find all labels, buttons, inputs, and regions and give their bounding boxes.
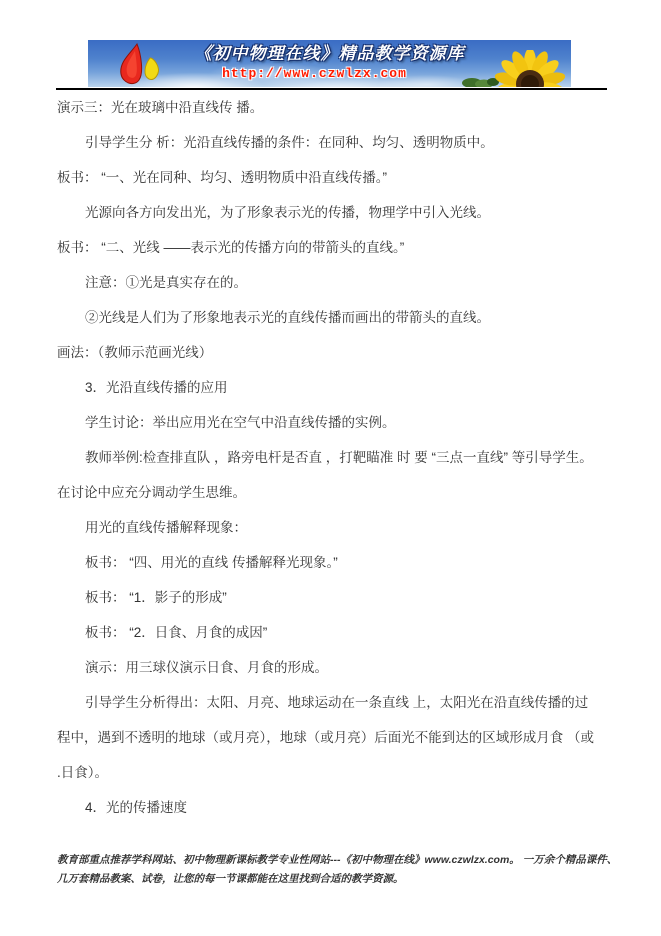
doc-line: 教师举例:检查排直队 ，路旁电杆是否直 ，打靶瞄准 时 要 “三点一直线” 等引…	[57, 440, 609, 475]
doc-line: 光源向各方向发出光，为了形象表示光的传播，物理学中引入光线。	[57, 195, 609, 230]
doc-line: 引导学生分 析：光沿直线传播的条件：在同种、均匀、透明物质中。	[57, 125, 609, 160]
doc-line: 程中，遇到不透明的地球（或月亮），地球（或月亮）后面光不能到达的区域形成月食 （…	[57, 720, 609, 755]
site-banner: 《初中物理在线》精品教学资源库 http://www.czwlzx.com	[88, 40, 571, 87]
doc-line: 演示三：光在玻璃中沿直线传 播。	[57, 90, 609, 125]
document-body: 演示三：光在玻璃中沿直线传 播。 引导学生分 析：光沿直线传播的条件：在同种、均…	[57, 90, 609, 825]
doc-line: 板书： “1．影子的形成”	[57, 580, 609, 615]
doc-line: 用光的直线传播解释现象：	[57, 510, 609, 545]
doc-line: 画法：（教师示范画光线）	[57, 335, 609, 370]
doc-line: 4．光的传播速度	[57, 790, 609, 825]
footer-line-1: 教育部重点推荐学科网站、初中物理新课标教学专业性网站---《初中物理在线》www…	[57, 851, 637, 870]
doc-line: 板书： “四、用光的直线 传播解释光现象。”	[57, 545, 609, 580]
doc-line: ②光线是人们为了形象地表示光的直线传播而画出的带箭头的直线。	[57, 300, 609, 335]
doc-line: 学生讨论：举出应用光在空气中沿直线传播的实例。	[57, 405, 609, 440]
doc-line: 板书： “一、光在同种、均匀、透明物质中沿直线传播。”	[57, 160, 609, 195]
doc-line: 在讨论中应充分调动学生思维。	[57, 475, 609, 510]
doc-line: .日食）。	[57, 755, 609, 790]
doc-line: 注意：①光是真实存在的。	[57, 265, 609, 300]
document-page: 《初中物理在线》精品教学资源库 http://www.czwlzx.com	[0, 0, 661, 936]
page-footer: 教育部重点推荐学科网站、初中物理新课标教学专业性网站---《初中物理在线》www…	[57, 851, 637, 889]
doc-line: 演示：用三球仪演示日食、月食的形成。	[57, 650, 609, 685]
doc-line: 板书： “2．日食、月食的成因”	[57, 615, 609, 650]
doc-line: 3．光沿直线传播的应用	[57, 370, 609, 405]
doc-line: 引导学生分析得出：太阳、月亮、地球运动在一条直线 上，太阳光在沿直线传播的过	[57, 685, 609, 720]
footer-line-2: 几万套精品教案、试卷，让您的每一节课都能在这里找到合适的教学资源。	[57, 870, 637, 889]
doc-line: 板书： “二、光线 ——表示光的传播方向的带箭头的直线。”	[57, 230, 609, 265]
sunflower-icon	[493, 50, 567, 87]
